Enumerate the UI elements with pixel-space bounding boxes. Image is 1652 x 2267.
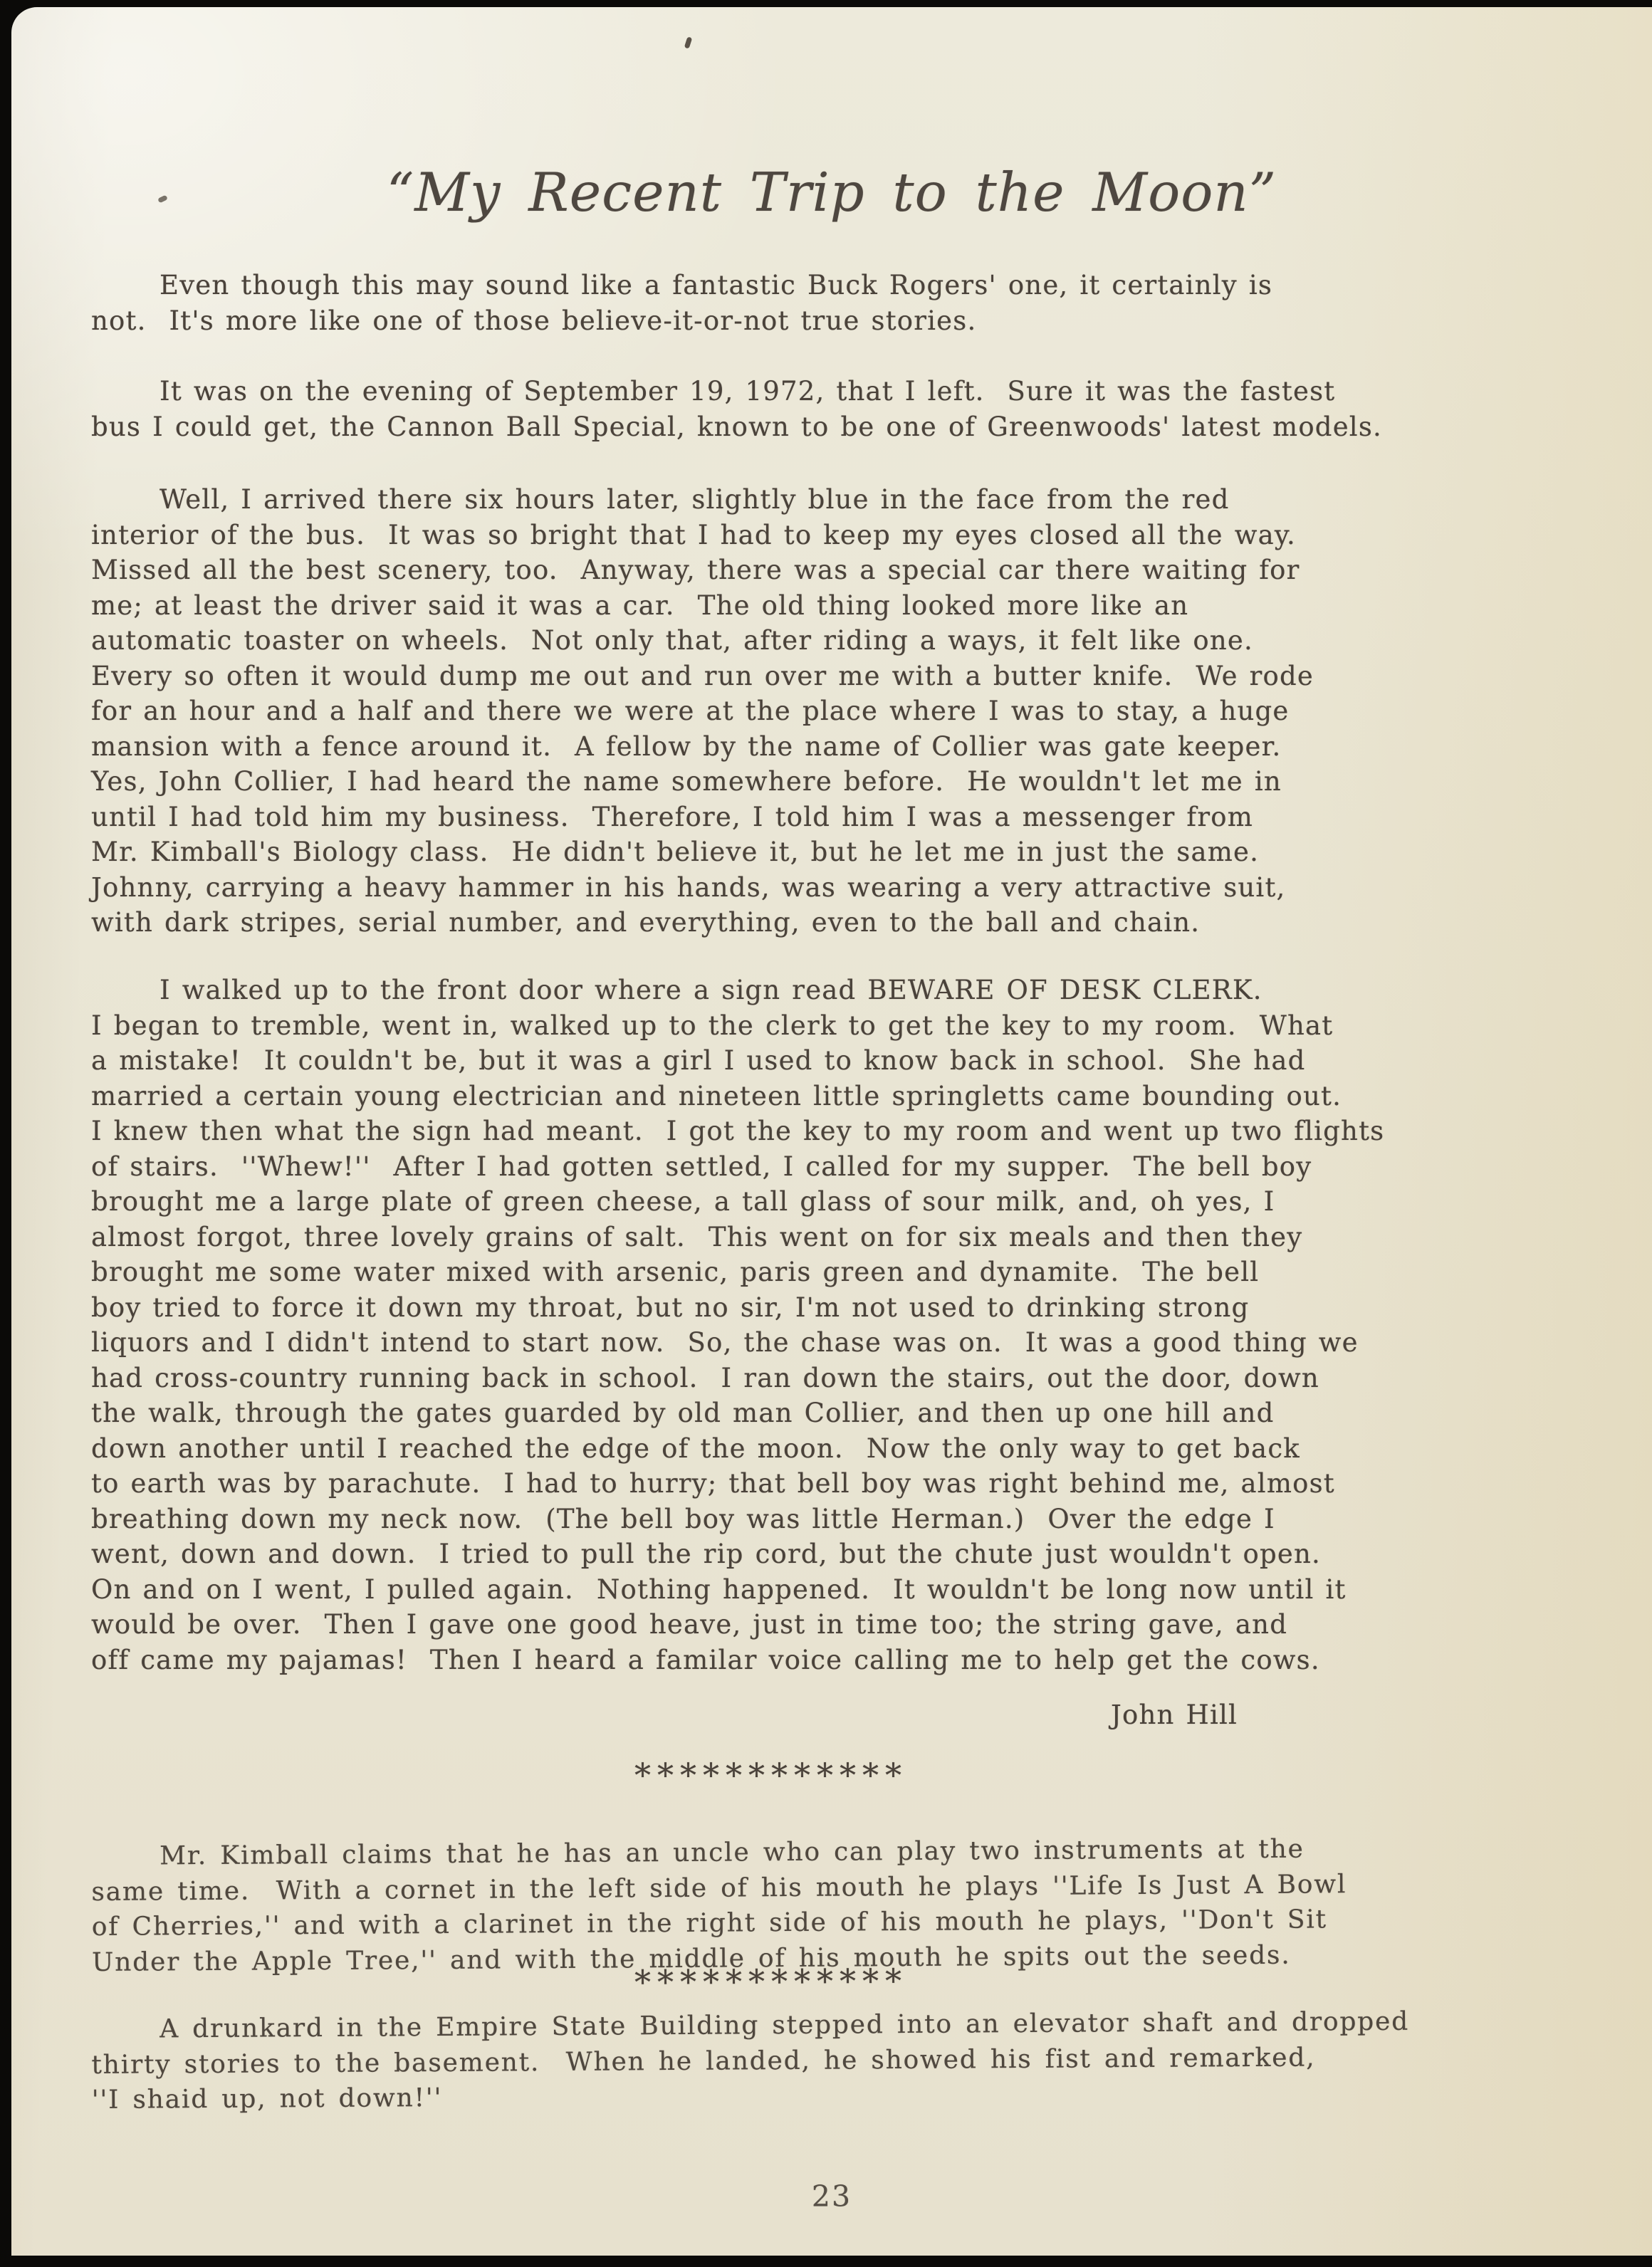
story-paragraph-2: It was on the evening of September 19, 1…: [91, 374, 1382, 444]
asterisk-divider-2: ************: [91, 1960, 1451, 2003]
story-paragraph-1: Even though this may sound like a fantas…: [91, 268, 1272, 338]
scanned-page: { "title": "“My Recent Trip to the Moon”…: [0, 0, 1652, 2267]
paper-sheet: “My Recent Trip to the Moon” Even though…: [11, 7, 1652, 2256]
filler-paragraph-kimball: Mr. Kimball claims that he has an uncle …: [91, 1831, 1347, 1980]
author-signature: John Hill: [1111, 1697, 1238, 1733]
story-paragraph-4: I walked up to the front door where a si…: [91, 973, 1384, 1677]
story-paragraph-3: Well, I arrived there six hours later, s…: [91, 482, 1314, 941]
asterisk-divider-1: ************: [91, 1757, 1451, 1793]
page-number: 23: [11, 2180, 1652, 2213]
filler-paragraph-drunkard: A drunkard in the Empire State Building …: [91, 2004, 1410, 2118]
text-column: Even though this may sound like a fantas…: [91, 7, 1451, 2256]
